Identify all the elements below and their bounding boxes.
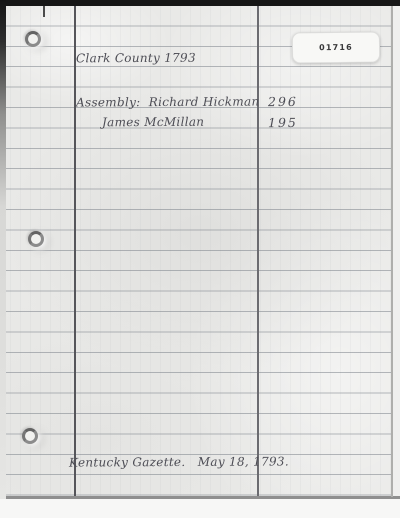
entry-name: James McMillan xyxy=(102,115,204,131)
punch-hole-bottom xyxy=(22,428,38,444)
entry-name: Assembly: Richard Hickman xyxy=(76,95,260,111)
ruled-lines xyxy=(6,6,400,497)
center-rule-line xyxy=(257,0,259,497)
scanned-notebook-page: 01716 Clark County 1793 Assembly: Richar… xyxy=(0,0,400,518)
source-citation: Kentucky Gazette. May 18, 1793. xyxy=(69,454,289,470)
scan-edge-top xyxy=(0,0,400,6)
handwritten-title: Clark County 1793 xyxy=(76,51,196,67)
entry-vote-count: 195 xyxy=(268,115,298,130)
scan-edge-left xyxy=(0,0,6,518)
left-margin-line xyxy=(74,0,76,497)
underlying-sheet xyxy=(0,499,400,518)
entry-vote-count: 296 xyxy=(268,94,298,109)
paper-right-margin-area xyxy=(393,6,400,497)
catalog-number: 01716 xyxy=(319,43,353,52)
punch-hole-middle xyxy=(28,231,44,247)
punch-hole-top xyxy=(25,31,41,47)
catalog-sticker: 01716 xyxy=(292,32,380,64)
paper-right-edge xyxy=(391,6,393,497)
